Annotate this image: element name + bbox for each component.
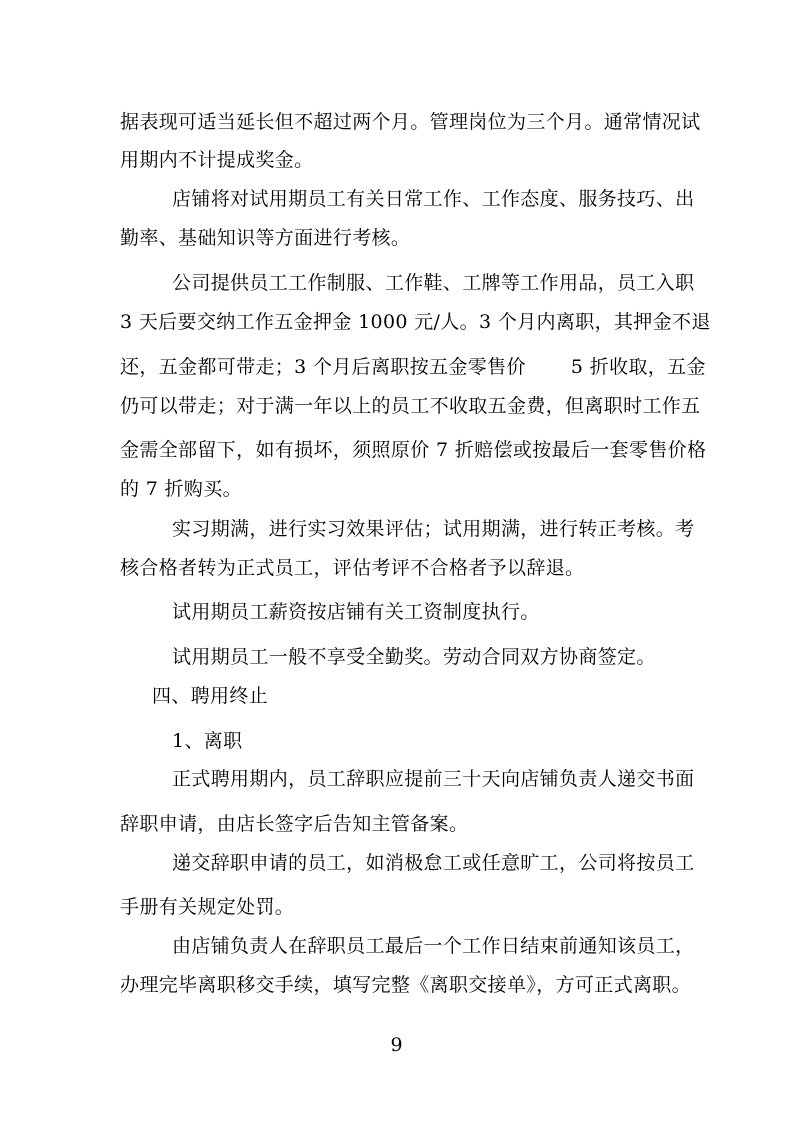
page-number: 9 — [0, 1033, 793, 1057]
text-line: 辞职申请，由店长签字后告知主管备案。 — [120, 812, 676, 836]
text-line: 四、聘用终止 — [152, 684, 676, 708]
text-line: 由店铺负责人在辞职员工最后一个工作日结束前通知该员工， — [172, 934, 676, 958]
text-line: 3 天后要交纳工作五金押金 1000 元/人。3 个月内离职，其押金不退 — [120, 310, 676, 334]
text-line: 试用期员工薪资按店铺有关工资制度执行。 — [172, 600, 676, 624]
text-line: 还，五金都可带走；3 个月后离职按五金零售价 5 折收取，五金 — [120, 355, 676, 379]
text-line: 核合格者转为正式员工，评估考评不合格者予以辞退。 — [120, 556, 676, 580]
text-line: 据表现可适当延长但不超过两个月。管理岗位为三个月。通常情况试 — [120, 110, 676, 134]
text-line: 公司提供员工工作制服、工作鞋、工牌等工作用品，员工入职 — [172, 271, 676, 295]
text-line: 1、离职 — [172, 729, 676, 753]
text-line: 勤率、基础知识等方面进行考核。 — [120, 226, 676, 250]
text-line: 的 7 折购买。 — [120, 477, 676, 501]
text-line: 金需全部留下，如有损坏，须照原价 7 折赔偿或按最后一套零售价格 — [120, 438, 676, 462]
text-line: 试用期员工一般不享受全勤奖。劳动合同双方协商签定。 — [172, 645, 676, 669]
text-line: 实习期满，进行实习效果评估；试用期满，进行转正考核。考 — [172, 517, 676, 541]
text-line: 用期内不计提成奖金。 — [120, 148, 676, 172]
text-line: 办理完毕离职移交手续，填写完整《离职交接单》，方可正式离职。 — [120, 973, 676, 997]
text-line: 递交辞职申请的员工，如消极怠工或任意旷工，公司将按员工 — [172, 851, 676, 875]
text-line: 手册有关规定处罚。 — [120, 895, 676, 919]
text-line: 仍可以带走；对于满一年以上的员工不收取五金费，但离职时工作五 — [120, 394, 676, 418]
text-line: 店铺将对试用期员工有关日常工作、工作态度、服务技巧、出 — [172, 187, 676, 211]
text-line: 正式聘用期内，员工辞职应提前三十天向店铺负责人递交书面 — [172, 767, 676, 791]
